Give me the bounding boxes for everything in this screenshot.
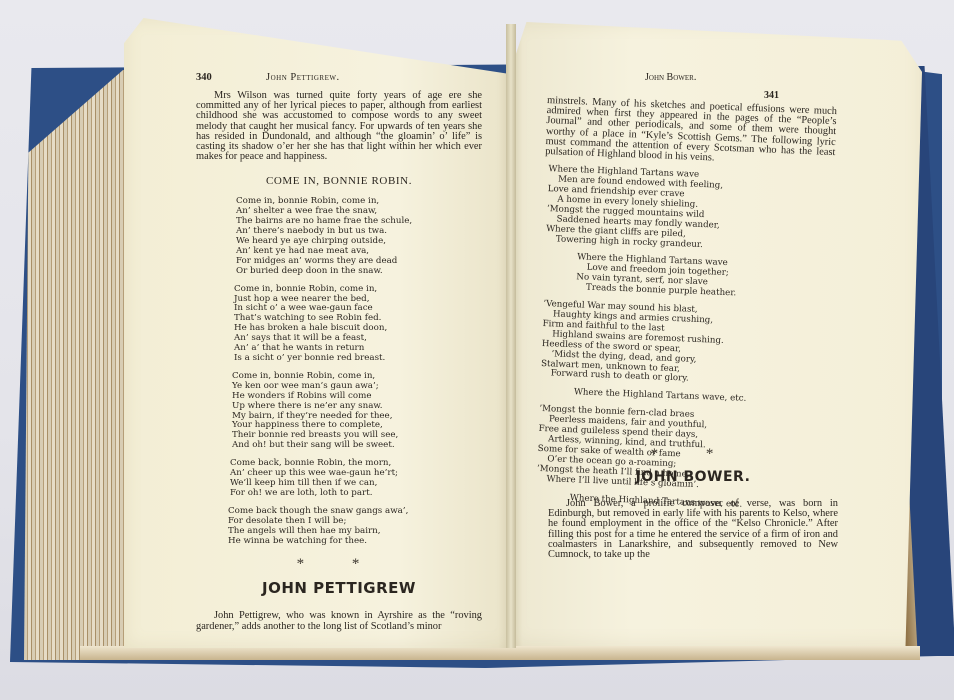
- poem-line: And oh! but their sang will be sweet.: [232, 441, 482, 451]
- left-running-head: 340 John Pettigrew.: [196, 72, 482, 83]
- right-page-section: * * JOHN BOWER. John Bower, a prolific c…: [548, 436, 838, 560]
- stanza: Come in, bonnie Robin, come in,Ye ken oo…: [196, 372, 482, 451]
- stanza: ’Vengeful War may sound his blast,Haught…: [536, 300, 829, 390]
- poem-line: Is a sicht o’ yer bonnie red breast.: [234, 354, 482, 364]
- book-gutter: [506, 24, 516, 648]
- stanza: Where the Highland Tartans waveMen are f…: [542, 165, 835, 255]
- section-paragraph: John Pettigrew, who was known in Ayrshir…: [196, 611, 482, 631]
- chorus: Where the Highland Tartans waveLove and …: [540, 252, 831, 303]
- page-block-bottom-edge: [80, 646, 920, 660]
- page-block-left-edge: [24, 70, 134, 660]
- book-photo: 340 John Pettigrew. Mrs Wilson was turne…: [0, 0, 954, 700]
- page-number: 340: [196, 72, 266, 83]
- stanza: Come back, bonnie Robin, the morn,An’ ch…: [196, 459, 482, 499]
- poem-line: Where the Highland Tartans wave, etc.: [574, 389, 826, 409]
- poem-line: He winna be watching for thee.: [228, 537, 482, 547]
- section-heading: JOHN PETTIGREW: [196, 579, 482, 597]
- intro-paragraph: minstrels. Many of his sketches and poet…: [545, 96, 837, 168]
- left-page-text: 340 John Pettigrew. Mrs Wilson was turne…: [196, 72, 482, 632]
- stanza: Come in, bonnie Robin, come in,Just hop …: [196, 285, 482, 364]
- stanza: Come back though the snaw gangs awa’,For…: [196, 507, 482, 547]
- section-heading: JOHN BOWER.: [548, 469, 838, 485]
- poem-line: Or buried deep doon in the snaw.: [236, 267, 482, 277]
- poem-line: For oh! we are loth, loth to part.: [230, 489, 482, 499]
- poem-title: COME IN, BONNIE ROBIN.: [196, 175, 482, 187]
- poem: Come in, bonnie Robin, come in,An’ shelt…: [196, 197, 482, 546]
- running-title: John Pettigrew.: [266, 72, 340, 83]
- section-separator: * *: [196, 556, 482, 573]
- section-separator: * *: [548, 446, 838, 463]
- stanza: Come in, bonnie Robin, come in,An’ shelt…: [196, 197, 482, 276]
- section-paragraph: John Bower, a prolific composer of verse…: [548, 499, 838, 560]
- intro-paragraph: Mrs Wilson was turned quite forty years …: [196, 91, 482, 162]
